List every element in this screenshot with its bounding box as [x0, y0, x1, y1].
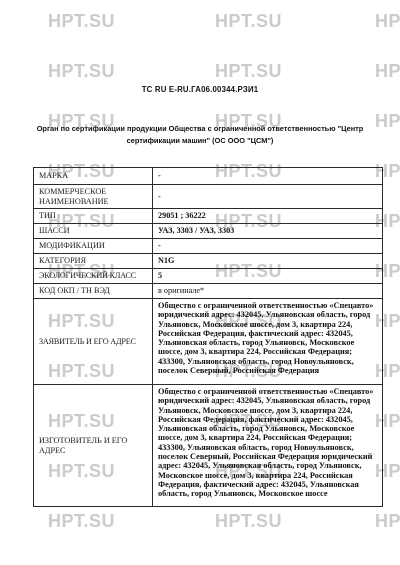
certificate-document-page: HPT.SUHPT.SUHPT.SUHPT.SUHPT.SUHPT.SUHPT.… — [0, 0, 400, 565]
spec-row-okp-code: КОД ОКП / ТН ВЭД в оригинале* — [34, 284, 383, 299]
row-label: ЗАЯВИТЕЛЬ И ЕГО АДРЕС — [34, 299, 153, 385]
spec-row-chassis: ШАССИ УАЗ, 3303 / УАЗ, 3303 — [34, 224, 383, 239]
document-content: ТС RU E-RU.ГА06.00344.РЗИ1 Орган по серт… — [0, 0, 400, 565]
row-value: - — [153, 185, 383, 209]
spec-row-modifications: МОДИФИКАЦИИ - — [34, 239, 383, 254]
row-value: Общество с ограниченной ответственностью… — [153, 385, 383, 507]
row-label: ШАССИ — [34, 224, 153, 239]
row-value: в оригинале* — [153, 284, 383, 299]
spec-row-commercial-name: КОММЕРЧЕСКОЕ НАИМЕНОВАНИЕ - — [34, 185, 383, 209]
row-label: ТИП — [34, 209, 153, 224]
row-value: УАЗ, 3303 / УАЗ, 3303 — [153, 224, 383, 239]
spec-row-make: МАРКА - — [34, 168, 383, 185]
spec-row-type: ТИП 29051 ; 36222 — [34, 209, 383, 224]
spec-row-eco-class: ЭКОЛОГИЧЕСКИЙ КЛАСС 5 — [34, 269, 383, 284]
row-value: Общество с ограниченной ответственностью… — [153, 299, 383, 385]
row-label: ИЗГОТОВИТЕЛЬ И ЕГО АДРЕС — [34, 385, 153, 507]
certification-body-text: Орган по сертификации продукции Общества… — [32, 123, 368, 147]
spec-row-applicant: ЗАЯВИТЕЛЬ И ЕГО АДРЕС Общество с огранич… — [34, 299, 383, 385]
row-value: - — [153, 239, 383, 254]
certificate-number: ТС RU E-RU.ГА06.00344.РЗИ1 — [0, 85, 400, 94]
row-label: КОММЕРЧЕСКОЕ НАИМЕНОВАНИЕ — [34, 185, 153, 209]
row-label: МОДИФИКАЦИИ — [34, 239, 153, 254]
row-label: КОД ОКП / ТН ВЭД — [34, 284, 153, 299]
spec-row-category: КАТЕГОРИЯ N1G — [34, 254, 383, 269]
spec-table: МАРКА - КОММЕРЧЕСКОЕ НАИМЕНОВАНИЕ - ТИП … — [33, 167, 383, 507]
row-label: МАРКА — [34, 168, 153, 185]
row-value: - — [153, 168, 383, 185]
spec-row-manufacturer: ИЗГОТОВИТЕЛЬ И ЕГО АДРЕС Общество с огра… — [34, 385, 383, 507]
row-label: ЭКОЛОГИЧЕСКИЙ КЛАСС — [34, 269, 153, 284]
row-value: 29051 ; 36222 — [153, 209, 383, 224]
row-value: 5 — [153, 269, 383, 284]
row-label: КАТЕГОРИЯ — [34, 254, 153, 269]
row-value: N1G — [153, 254, 383, 269]
